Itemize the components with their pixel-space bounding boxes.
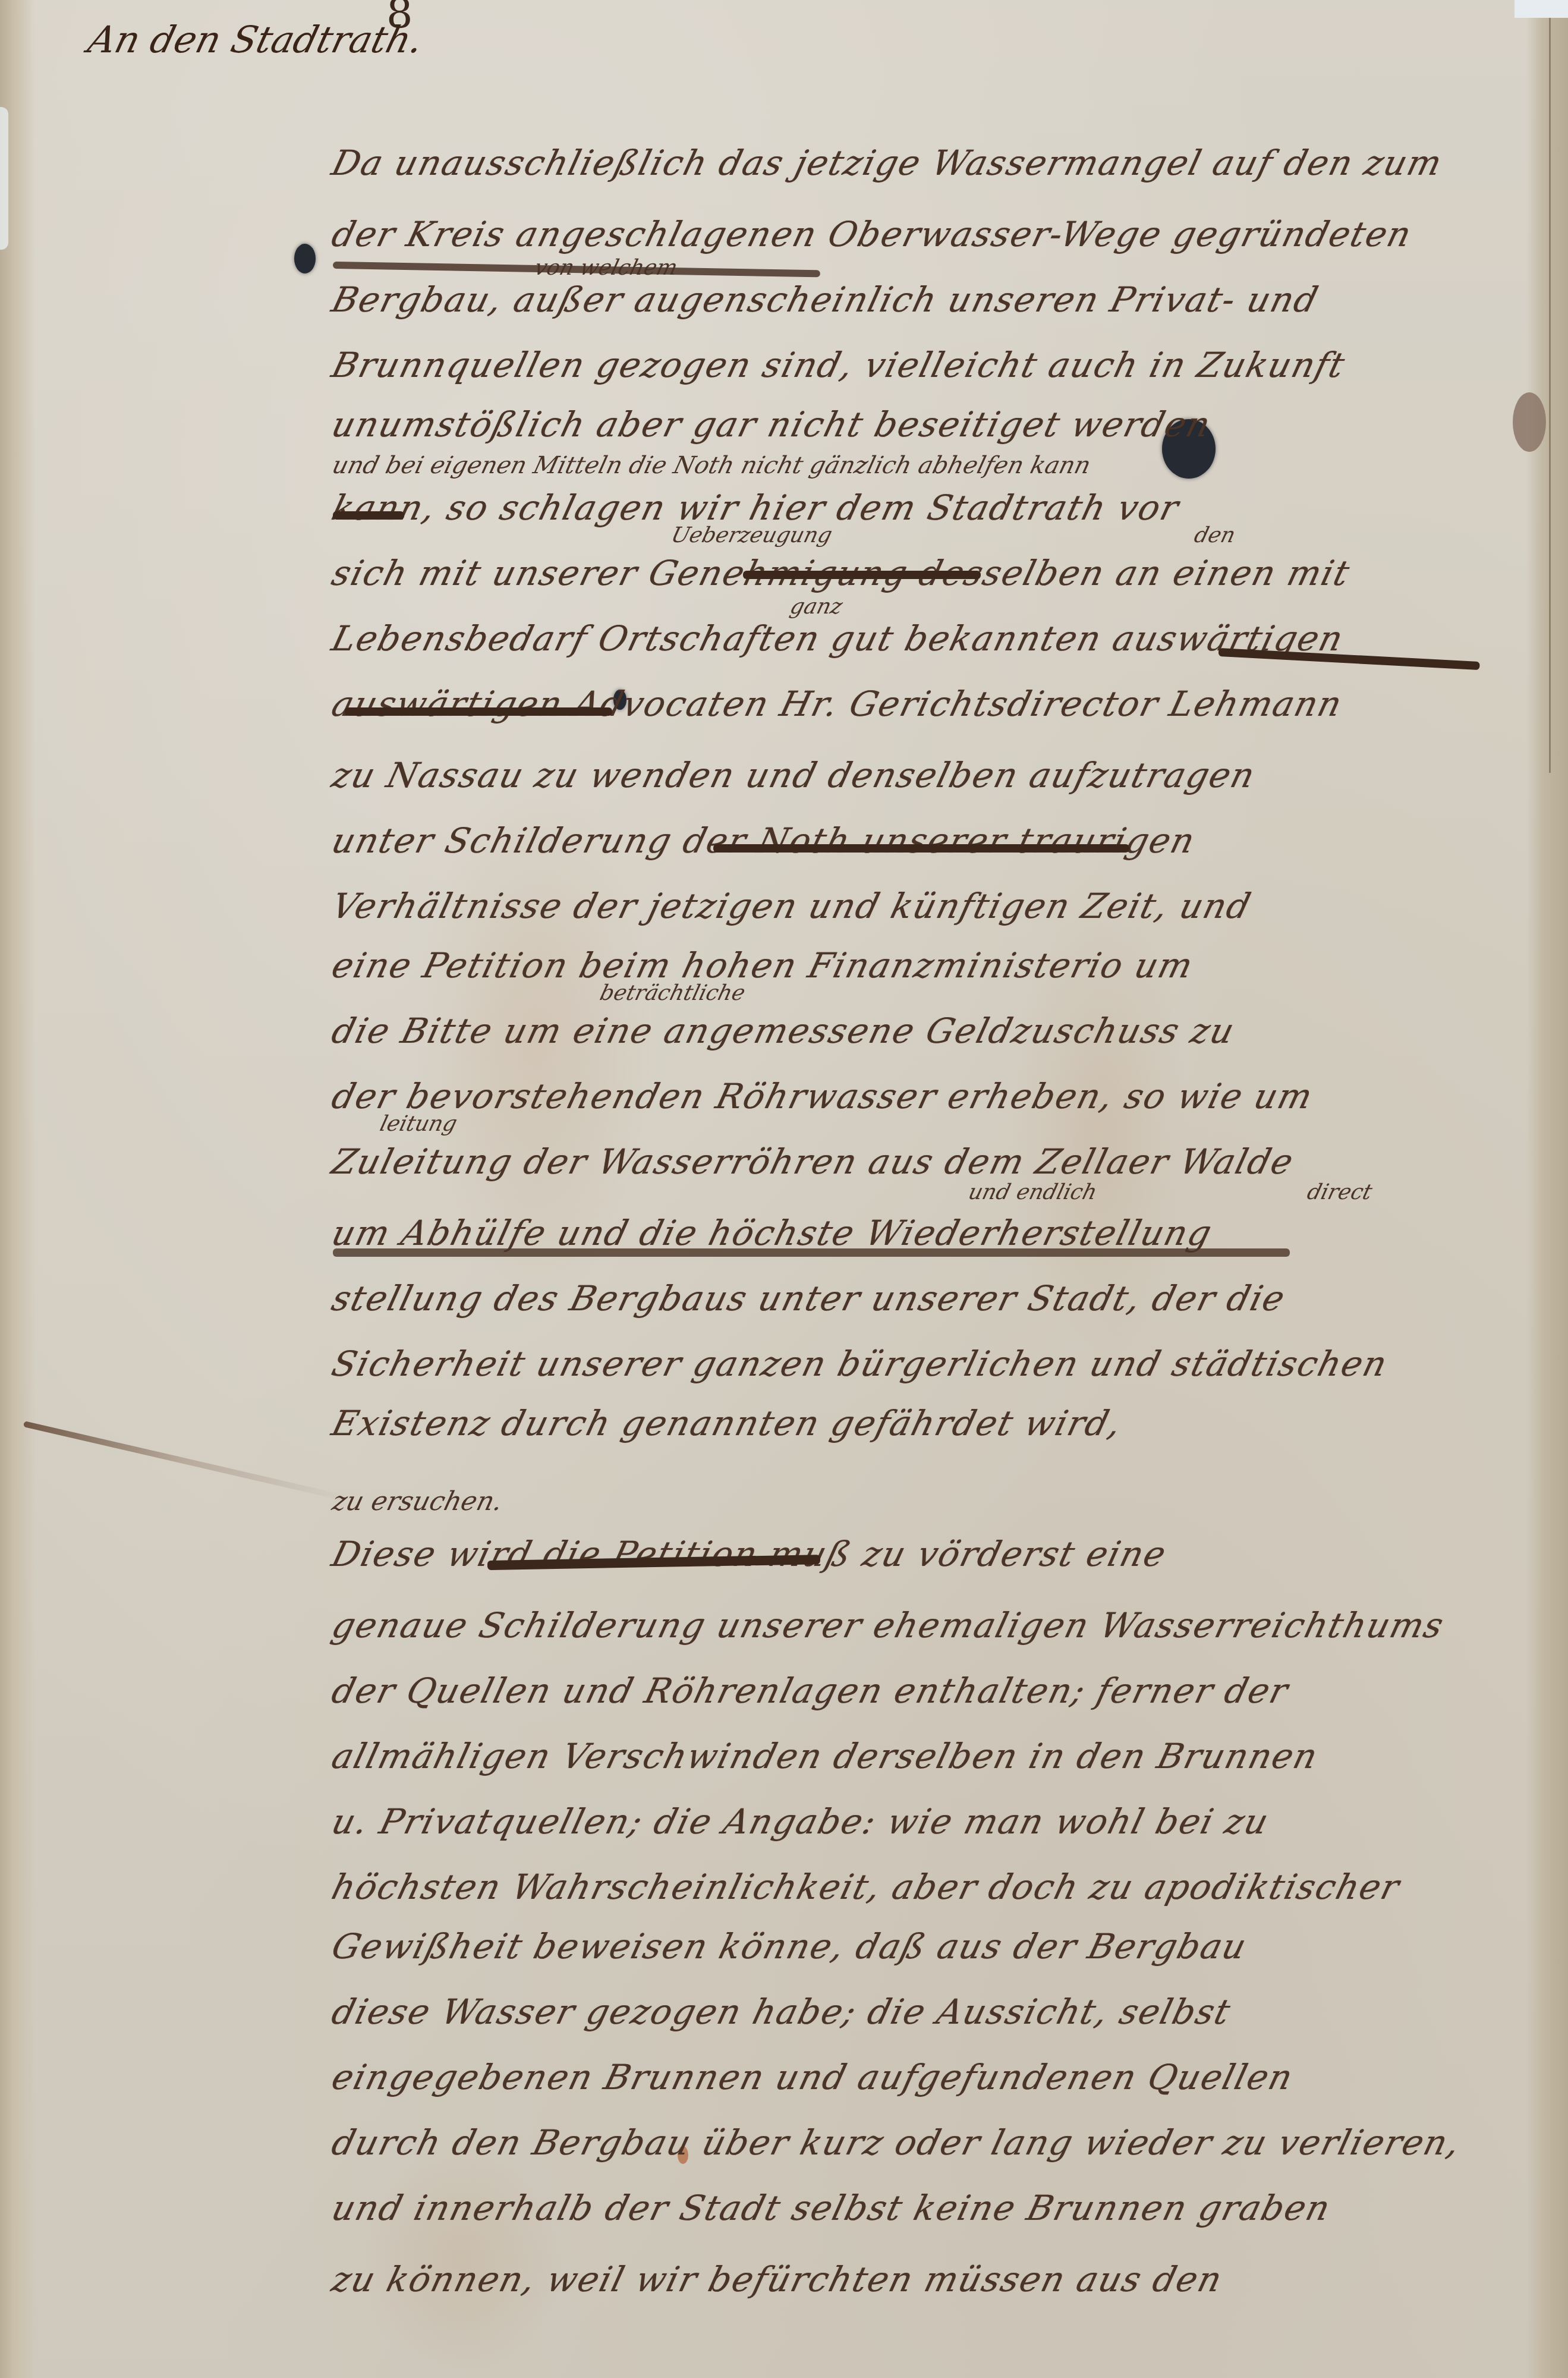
text-line: Gewißheit beweisen könne, daß aus der Be…	[328, 1926, 1252, 1967]
margin-note: zu ersuchen.	[329, 1486, 506, 1517]
ink-blot-icon	[294, 244, 316, 273]
text-line: der bevorstehenden Röhrwasser erheben, s…	[328, 1076, 1318, 1116]
text-line: eine Petition beim hohen Finanzministeri…	[328, 945, 1198, 986]
interlinear-insert: leitung	[377, 1112, 459, 1136]
text-line: Existenz durch genannten gefährdet wird,	[328, 1403, 1127, 1443]
text-line: der Kreis angeschlagenen Oberwasser-Wege…	[328, 214, 1416, 254]
text-line: zu können, weil wir befürchten müssen au…	[328, 2259, 1227, 2300]
strikethrough-mark	[743, 571, 981, 579]
text-line: Da unausschließlich das jetzige Wasserma…	[328, 143, 1447, 183]
text-line: die Bitte um eine angemessene Geldzuschu…	[328, 1011, 1239, 1051]
interlinear-insert: Ueberzeugung	[669, 523, 835, 548]
text-line: auswärtigen Advocaten Hr. Gerichtsdirect…	[328, 684, 1347, 724]
text-line: höchsten Wahrscheinlichkeit, aber doch z…	[328, 1867, 1405, 1907]
strikethrough-mark	[1218, 648, 1480, 670]
manuscript-page: 8 An den Stadtrath. Da unausschließlich …	[0, 0, 1568, 2378]
frayed-left-edge	[0, 0, 36, 2378]
text-line: allmähligen Verschwinden derselben in de…	[328, 1736, 1323, 1776]
text-line: Sicherheit unserer ganzen bürgerlichen u…	[328, 1344, 1392, 1384]
strikethrough-mark	[333, 1248, 1290, 1257]
interlinear-insert: ganz	[788, 594, 845, 619]
text-line: eingegebenen Brunnen und aufgefundenen Q…	[328, 2057, 1298, 2097]
text-line: und innerhalb der Stadt selbst keine Bru…	[328, 2188, 1336, 2228]
text-line: unumstößlich aber gar nicht beseitiget w…	[328, 404, 1216, 445]
salutation: An den Stadtrath.	[84, 18, 428, 61]
text-line: Brunnquellen gezogen sind, vielleicht au…	[328, 345, 1350, 385]
interlinear-insert: direct	[1305, 1180, 1375, 1204]
text-line: zu Nassau zu wenden und denselben aufzut…	[328, 755, 1260, 795]
text-line: Diese wird die Petition muß zu vörderst …	[328, 1534, 1171, 1574]
text-line: diese Wasser gezogen habe; die Aussicht,…	[328, 1992, 1236, 2032]
text-line: durch den Bergbau über kurz oder lang wi…	[328, 2122, 1465, 2163]
ink-smear	[23, 1421, 349, 1502]
text-line: stellung des Bergbaus unter unserer Stad…	[328, 1278, 1290, 1319]
page-corner-gap	[1515, 0, 1568, 18]
text-line: u. Privatquellen; die Angabe: wie man wo…	[328, 1801, 1274, 1842]
strikethrough-mark	[333, 511, 404, 520]
interlinear-line: und bei eigenen Mitteln die Noth nicht g…	[329, 452, 1094, 479]
text-line: genaue Schilderung unserer ehemaligen Wa…	[328, 1605, 1449, 1646]
text-line: Verhältnisse der jetzigen und künftigen …	[328, 886, 1256, 926]
strikethrough-mark	[345, 707, 612, 716]
text-line: um Abhülfe und die höchste Wiederherstel…	[328, 1213, 1217, 1253]
text-line: Lebensbedarf Ortschaften gut bekannten a…	[328, 618, 1349, 659]
text-line: kann, so schlagen wir hier dem Stadtrath…	[328, 487, 1184, 528]
interlinear-insert: den	[1192, 523, 1238, 548]
interlinear-insert: und endlich	[966, 1180, 1100, 1204]
strikethrough-mark	[713, 844, 1129, 853]
text-line: Zuleitung der Wasserröhren aus dem Zella…	[328, 1141, 1299, 1182]
page-binding	[1526, 0, 1568, 2378]
binding-thread	[1549, 0, 1551, 773]
text-line: unter Schilderung der Noth unserer traur…	[328, 820, 1200, 861]
text-line: Bergbau, außer augenscheinlich unseren P…	[328, 279, 1323, 320]
interlinear-insert: beträchtliche	[597, 981, 748, 1005]
text-line: der Quellen und Röhrenlagen enthalten; f…	[328, 1671, 1293, 1711]
